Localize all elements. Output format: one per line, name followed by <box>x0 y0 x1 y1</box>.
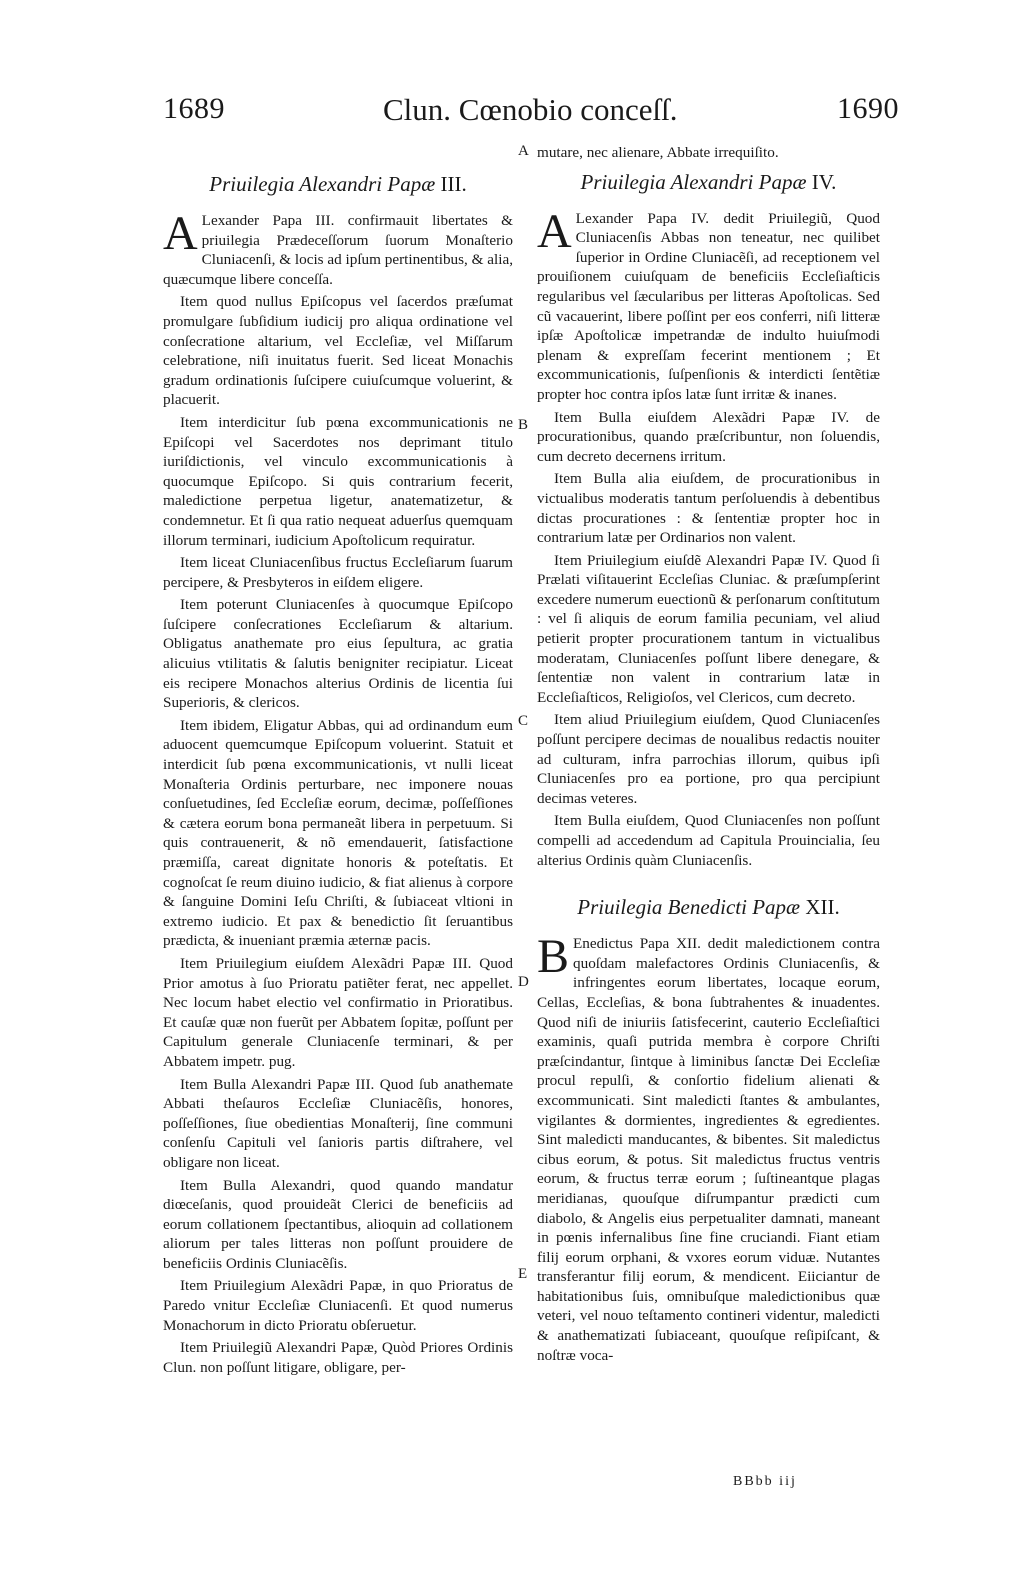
paragraph: Item interdicitur ſub pœna excommunicati… <box>163 413 513 550</box>
section-heading-benedict-xii: Priuilegia Benedicti Papæ XII. <box>537 894 880 920</box>
drop-cap: A <box>537 211 572 251</box>
paragraph: Item poterunt Cluniacenſes à quocumque E… <box>163 595 513 713</box>
margin-letter-d: D <box>518 974 529 991</box>
margin-letter-b: B <box>518 417 528 434</box>
continuation-line: mutare, nec alienare, Abbate irrequiſito… <box>537 143 880 163</box>
paragraph: Item Priuilegium eiuſdem Alexãdri Papæ I… <box>163 954 513 1072</box>
margin-letter-e: E <box>518 1266 527 1283</box>
paragraph: Item Bulla Alexandri Papæ III. Quod ſub … <box>163 1075 513 1173</box>
paragraph: Item ibidem, Eligatur Abbas, qui ad ordi… <box>163 716 513 951</box>
signature-mark: BBbb iij <box>733 1474 797 1490</box>
paragraph: Item quod nullus Epiſcopus vel ſacerdos … <box>163 292 513 410</box>
left-column: Priuilegia Alexandri Papæ III. A Lexande… <box>163 165 513 1380</box>
paragraph: Item Priuilegium Alexãdri Papæ, in quo P… <box>163 1276 513 1335</box>
running-title: Clun. Cœnobio conceſſ. <box>383 92 677 128</box>
paragraph: A Lexander Papa IV. dedit Priuilegiũ, Qu… <box>537 209 880 405</box>
paragraph: A Lexander Papa III. confirmauit liberta… <box>163 211 513 289</box>
paragraph: B Enedictus Papa XII. dedit maledictione… <box>537 934 880 1365</box>
right-column: mutare, nec alienare, Abbate irrequiſito… <box>537 143 880 1368</box>
page-number-right: 1690 <box>837 92 899 126</box>
drop-cap: B <box>537 936 569 976</box>
drop-cap: A <box>163 213 198 253</box>
paragraph: Item Bulla Alexandri, quod quando mandat… <box>163 1176 513 1274</box>
margin-letter-a: A <box>518 143 529 160</box>
paragraph: Item Priuilegium eiuſdẽ Alexandri Papæ I… <box>537 551 880 708</box>
paragraph: Item Bulla alia eiuſdem, de procurationi… <box>537 469 880 547</box>
section-heading-alexander-iv: Priuilegia Alexandri Papæ IV. <box>537 169 880 195</box>
paragraph: Item Bulla eiuſdem Alexãdri Papæ IV. de … <box>537 408 880 467</box>
paragraph: Item aliud Priuilegium eiuſdem, Quod Clu… <box>537 710 880 808</box>
section-heading-alexander-iii: Priuilegia Alexandri Papæ III. <box>163 171 513 197</box>
page-number-left: 1689 <box>163 92 225 126</box>
paragraph: Item liceat Cluniacenſibus fructus Eccle… <box>163 553 513 592</box>
margin-letter-c: C <box>518 713 528 730</box>
paragraph: Item Priuilegiũ Alexandri Papæ, Quòd Pri… <box>163 1338 513 1377</box>
paragraph: Item Bulla eiuſdem, Quod Cluniacenſes no… <box>537 811 880 870</box>
running-header: 1689 Clun. Cœnobio conceſſ. 1690 <box>0 92 1024 142</box>
